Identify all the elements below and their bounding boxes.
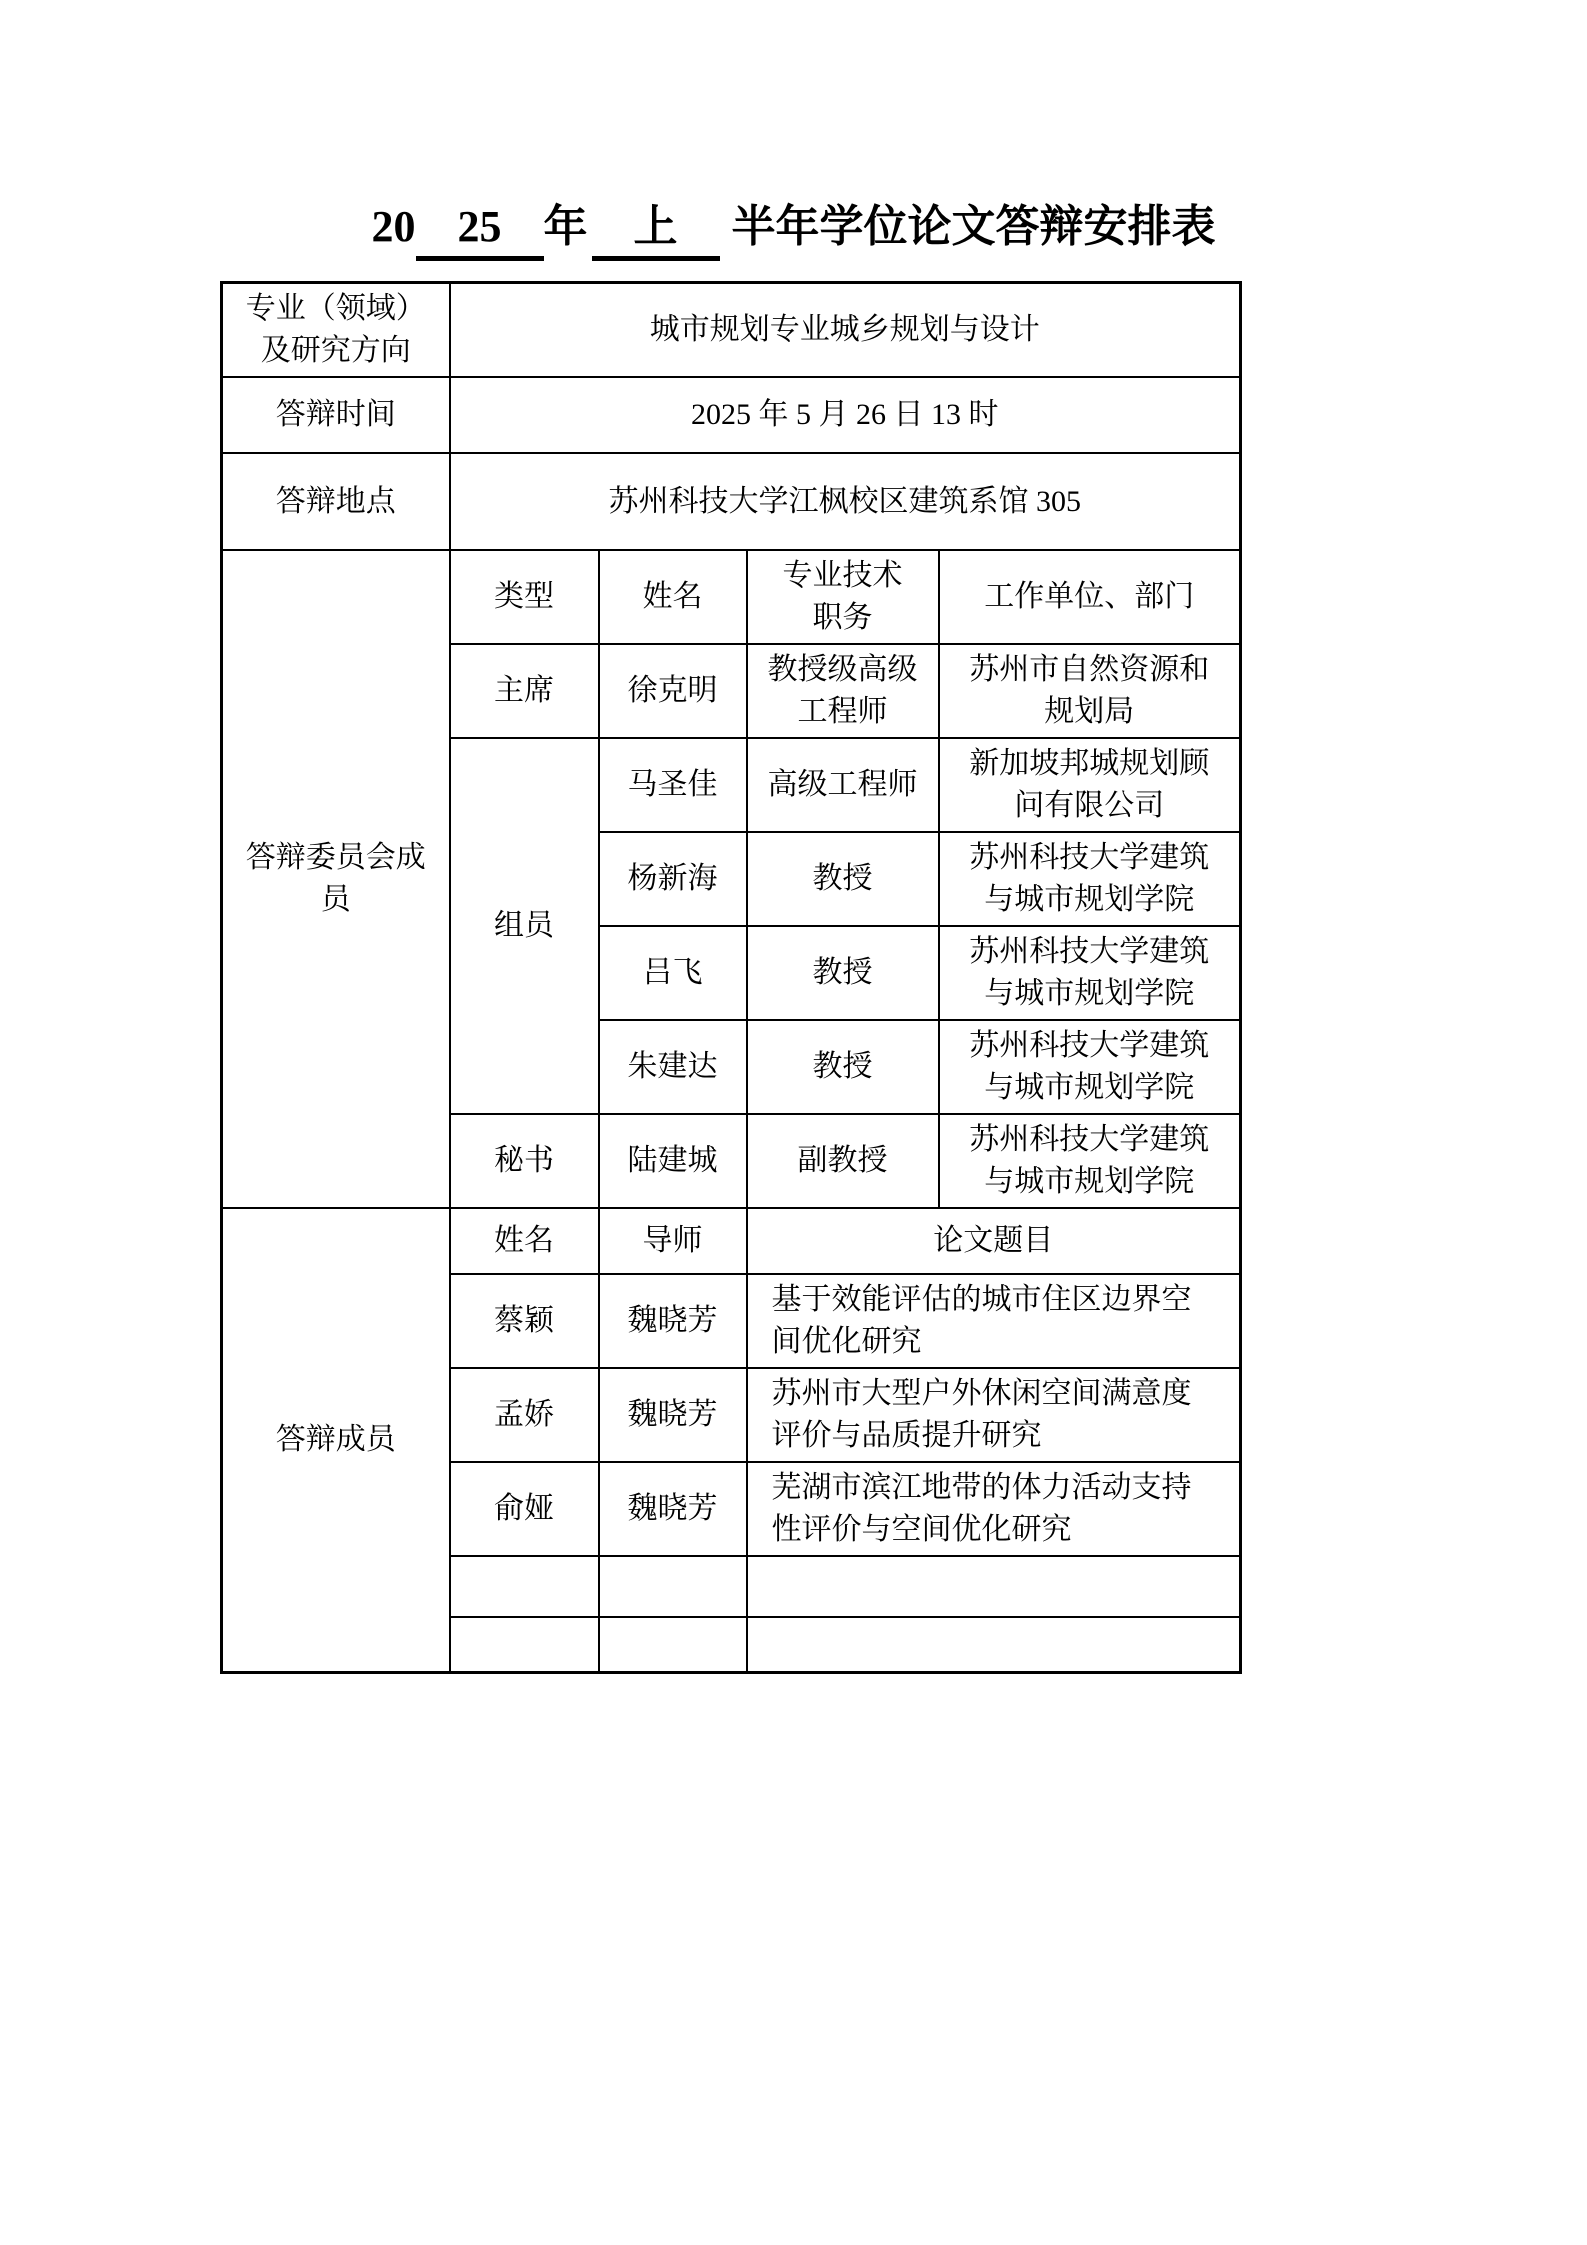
- info-row-place: 答辩地点 苏州科技大学江枫校区建筑系馆 305: [222, 453, 1241, 550]
- document-page: { "colors": { "text": "#000000", "border…: [0, 0, 1587, 2245]
- info-row-time: 答辩时间 2025 年 5 月 26 日 13 时: [222, 377, 1241, 453]
- members-header-row: 答辩成员 姓名 导师 论文题目: [222, 1208, 1241, 1274]
- member-title-cell: 教授: [747, 926, 939, 1020]
- info-value-major: 城市规划专业城乡规划与设计: [450, 283, 1241, 378]
- member-unit-cell: 苏州科技大学建筑与城市规划学院: [939, 926, 1241, 1020]
- supervisor-cell: 魏晓芳: [599, 1368, 747, 1462]
- info-label-place: 答辩地点: [222, 453, 450, 550]
- info-label-time: 答辩时间: [222, 377, 450, 453]
- member-name-cell: 马圣佳: [599, 738, 747, 832]
- chair-type-cell: 主席: [450, 644, 599, 738]
- committee-header-title: 专业技术职务: [747, 550, 939, 644]
- info-row-major: 专业（领域）及研究方向 城市规划专业城乡规划与设计: [222, 283, 1241, 378]
- student-name-cell: [450, 1617, 599, 1672]
- thesis-title-cell: [747, 1556, 1241, 1617]
- members-header-name: 姓名: [450, 1208, 599, 1274]
- student-name-cell: 孟娇: [450, 1368, 599, 1462]
- supervisor-cell: 魏晓芳: [599, 1462, 747, 1556]
- committee-section-cell: 答辩委员会成员: [222, 550, 450, 1208]
- page-title: 2025年上半年学位论文答辩安排表: [0, 198, 1587, 261]
- secretary-type-cell: 秘书: [450, 1114, 599, 1208]
- supervisor-cell: [599, 1617, 747, 1672]
- member-title-cell: 高级工程师: [747, 738, 939, 832]
- supervisor-cell: [599, 1556, 747, 1617]
- chair-unit-cell: 苏州市自然资源和规划局: [939, 644, 1241, 738]
- secretary-unit-cell: 苏州科技大学建筑与城市规划学院: [939, 1114, 1241, 1208]
- group-type-cell: 组员: [450, 738, 599, 1114]
- members-header-supervisor: 导师: [599, 1208, 747, 1274]
- member-name-cell: 朱建达: [599, 1020, 747, 1114]
- member-unit-cell: 苏州科技大学建筑与城市规划学院: [939, 1020, 1241, 1114]
- member-title-cell: 教授: [747, 1020, 939, 1114]
- title-half-blank: 上: [592, 198, 720, 261]
- thesis-title-cell: 芜湖市滨江地带的体力活动支持性评价与空间优化研究: [747, 1462, 1241, 1556]
- info-label-major: 专业（领域）及研究方向: [222, 283, 450, 378]
- member-unit-cell: 新加坡邦城规划顾问有限公司: [939, 738, 1241, 832]
- chair-title-cell: 教授级高级工程师: [747, 644, 939, 738]
- committee-header-type: 类型: [450, 550, 599, 644]
- student-name-cell: [450, 1556, 599, 1617]
- thesis-title-cell: 基于效能评估的城市住区边界空间优化研究: [747, 1274, 1241, 1368]
- committee-header-row: 答辩委员会成员 类型 姓名 专业技术职务 工作单位、部门: [222, 550, 1241, 644]
- title-suffix: 半年学位论文答辩安排表: [732, 202, 1216, 251]
- supervisor-cell: 魏晓芳: [599, 1274, 747, 1368]
- student-name-cell: 俞娅: [450, 1462, 599, 1556]
- title-year-blank: 25: [416, 198, 544, 261]
- member-title-cell: 教授: [747, 832, 939, 926]
- title-prefix: 20: [372, 202, 416, 251]
- member-name-cell: 杨新海: [599, 832, 747, 926]
- committee-header-title-text: 专业技术职务: [775, 555, 910, 639]
- secretary-title-cell: 副教授: [747, 1114, 939, 1208]
- title-year-suffix: 年: [544, 202, 588, 251]
- committee-header-unit: 工作单位、部门: [939, 550, 1241, 644]
- member-name-cell: 吕飞: [599, 926, 747, 1020]
- defense-schedule-table: 专业（领域）及研究方向 城市规划专业城乡规划与设计 答辩时间 2025 年 5 …: [220, 281, 1242, 1674]
- info-value-time: 2025 年 5 月 26 日 13 时: [450, 377, 1241, 453]
- members-section-cell: 答辩成员: [222, 1208, 450, 1672]
- thesis-title-cell: 苏州市大型户外休闲空间满意度评价与品质提升研究: [747, 1368, 1241, 1462]
- student-name-cell: 蔡颖: [450, 1274, 599, 1368]
- info-value-place: 苏州科技大学江枫校区建筑系馆 305: [450, 453, 1241, 550]
- thesis-title-cell: [747, 1617, 1241, 1672]
- members-header-thesis: 论文题目: [747, 1208, 1241, 1274]
- secretary-name-cell: 陆建城: [599, 1114, 747, 1208]
- chair-name-cell: 徐克明: [599, 644, 747, 738]
- committee-header-name: 姓名: [599, 550, 747, 644]
- member-unit-cell: 苏州科技大学建筑与城市规划学院: [939, 832, 1241, 926]
